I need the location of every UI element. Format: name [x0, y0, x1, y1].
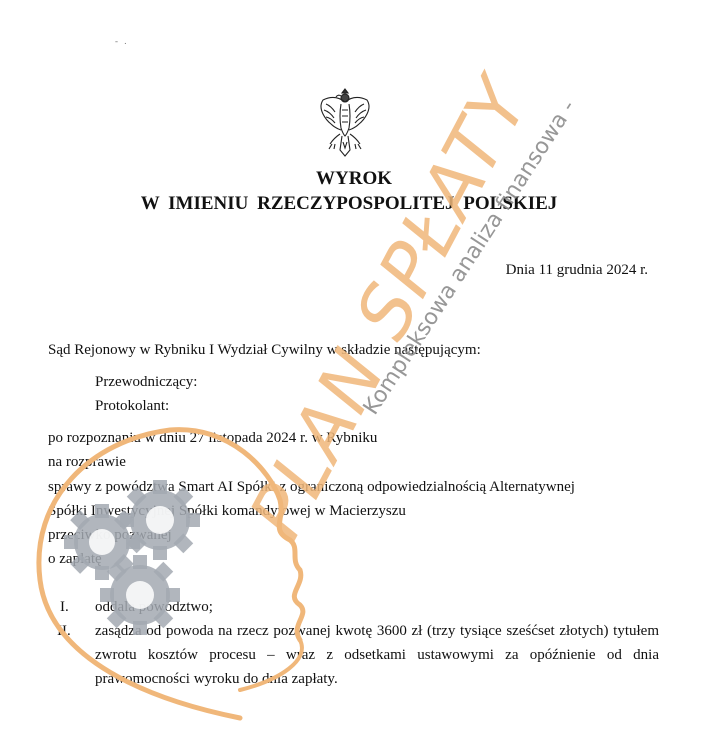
court-clerk-label: Protokolant: [95, 398, 169, 415]
court-judgment-page: - . WYROK W IMIENIU RZECZYPOSPOLITEJ POL… [0, 0, 704, 730]
hearing-date-line: po rozpoznaniu w dniu 27 listopada 2024 … [48, 430, 377, 447]
defendant-line: przeciwko pozwanej [48, 527, 172, 544]
case-subject-line: o zapłatę [48, 551, 102, 568]
judgment-title: WYROK [2, 168, 704, 190]
session-type-line: na rozprawie [48, 454, 126, 471]
judgment-subtitle: W IMIENIU RZECZYPOSPOLITEJ POLSKIEJ [0, 193, 701, 215]
watermark-subtitle-text: Kompleksowa analiza finansowa - [334, 58, 606, 457]
ruling-text: zasądza od powoda na rzecz pozwanej kwot… [95, 619, 659, 691]
presiding-judge-label: Przewodniczący: [95, 374, 197, 391]
ruling-text: oddala powództwo; [95, 595, 659, 619]
judgment-date: Dnia 11 grudnia 2024 r. [506, 262, 648, 279]
polish-eagle-emblem-icon [318, 86, 372, 158]
case-parties-line-2: Spółki Inwestycyjnej Spółki komandytowej… [48, 503, 406, 520]
stray-mark: - . [115, 36, 129, 46]
court-composition-line: Sąd Rejonowy w Rybniku I Wydział Cywilny… [48, 342, 481, 359]
case-parties-line-1: sprawy z powództwa Smart AI Spółki z ogr… [48, 479, 575, 496]
ruling-number: I. [60, 599, 69, 616]
ruling-number: II. [57, 623, 71, 640]
